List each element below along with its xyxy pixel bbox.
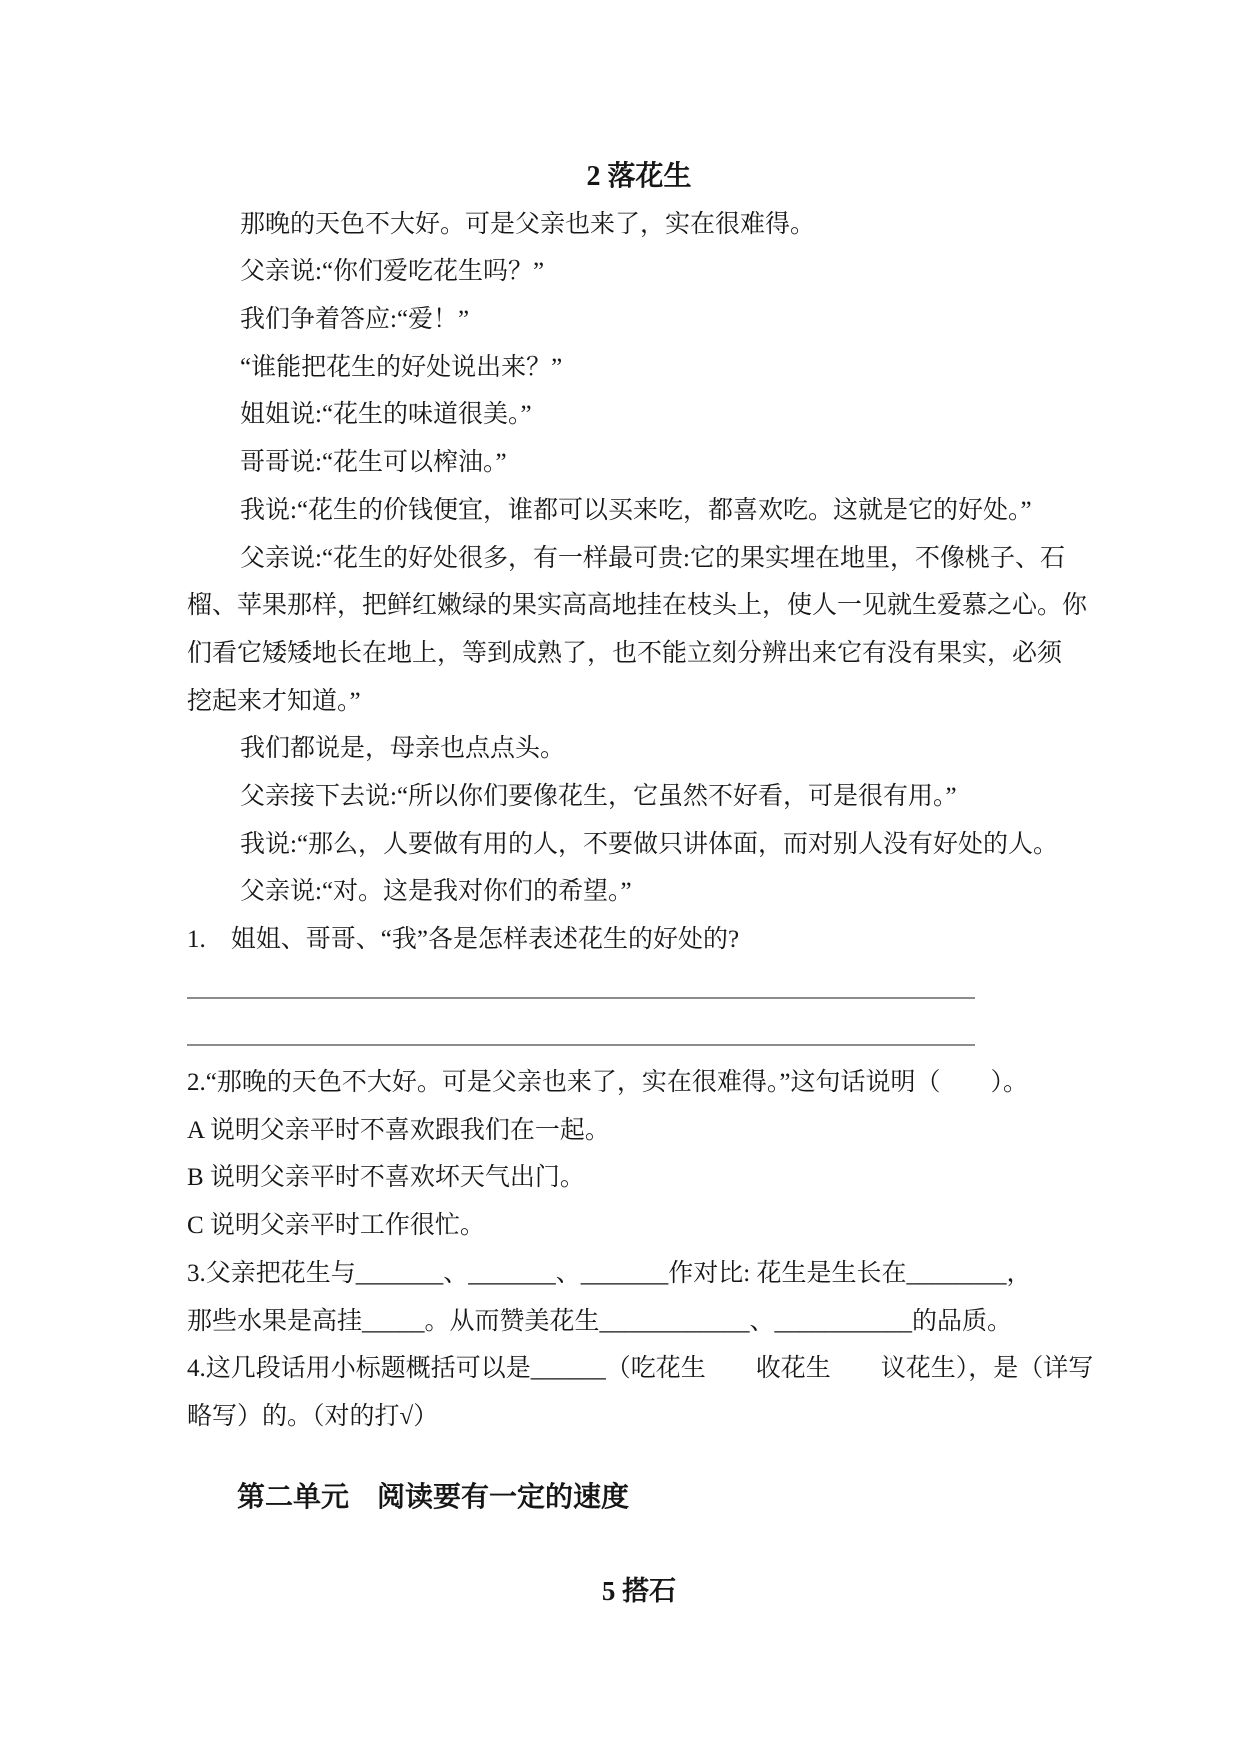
answer-blank-line <box>187 1044 975 1046</box>
question-2-option-b: B 说明父亲平时不喜欢坏天气出门。 <box>187 1154 1091 1202</box>
question-2-option-c: C 说明父亲平时工作很忙。 <box>187 1202 1091 1250</box>
passage-line: 我说:“那么，人要做有用的人，不要做只讲体面，而对别人没有好处的人。 <box>187 821 1091 869</box>
question-2-option-a: A 说明父亲平时不喜欢跟我们在一起。 <box>187 1107 1091 1155</box>
passage-line: 父亲说:“你们爱吃花生吗？” <box>187 248 1091 296</box>
passage-line: 我说:“花生的价钱便宜，谁都可以买来吃，都喜欢吃。这就是它的好处。” <box>187 487 1091 535</box>
passage-line: 那晚的天色不大好。可是父亲也来了，实在很难得。 <box>187 201 1091 249</box>
question-3-line: 那些水果是高挂_____。从而赞美花生____________、________… <box>187 1298 1091 1346</box>
passage-line: 挖起来才知道。” <box>187 678 1091 726</box>
question-4-line: 4.这几段话用小标题概括可以是______（吃花生 收花生 议花生），是（详写 <box>187 1345 1091 1393</box>
passage-line: 我们都说是，母亲也点点头。 <box>187 725 1091 773</box>
passage-line: 父亲说:“对。这是我对你们的希望。” <box>187 868 1091 916</box>
passage-line: 我们争着答应:“爱！” <box>187 296 1091 344</box>
unit-heading: 第二单元 阅读要有一定的速度 <box>187 1474 1091 1522</box>
answer-blank-row <box>187 964 1091 1012</box>
passage-line: 哥哥说:“花生可以榨油。” <box>187 439 1091 487</box>
question-3-line: 3.父亲把花生与_______、_______、_______作对比: 花生是生… <box>187 1250 1091 1298</box>
passage-line: 们看它矮矮地长在地上，等到成熟了，也不能立刻分辨出来它有没有果实，必须 <box>187 630 1091 678</box>
answer-blank-row <box>187 1011 1091 1059</box>
passage-line: 姐姐说:“花生的味道很美。” <box>187 391 1091 439</box>
passage-line: 父亲接下去说:“所以你们要像花生，它虽然不好看，可是很有用。” <box>187 773 1091 821</box>
answer-blank-line <box>187 997 975 999</box>
passage-line: 榴、苹果那样，把鲜红嫩绿的果实高高地挂在枝头上，使人一见就生爱慕之心。你 <box>187 582 1091 630</box>
lesson-title: 2 落花生 <box>187 153 1091 201</box>
passage-line: 父亲说:“花生的好处很多，有一样最可贵:它的果实埋在地里，不像桃子、石 <box>187 535 1091 583</box>
question-2-stem: 2.“那晚的天色不大好。可是父亲也来了，实在很难得。”这句话说明（ ）。 <box>187 1059 1091 1107</box>
question-1: 1. 姐姐、哥哥、“我”各是怎样表述花生的好处的? <box>187 916 1091 964</box>
question-4-line: 略写）的。（对的打√） <box>187 1393 1091 1441</box>
passage-line: “谁能把花生的好处说出来？” <box>187 344 1091 392</box>
worksheet-page: 2 落花生 那晚的天色不大好。可是父亲也来了，实在很难得。 父亲说:“你们爱吃花… <box>0 0 1241 1754</box>
next-lesson-title: 5 搭石 <box>187 1568 1091 1616</box>
